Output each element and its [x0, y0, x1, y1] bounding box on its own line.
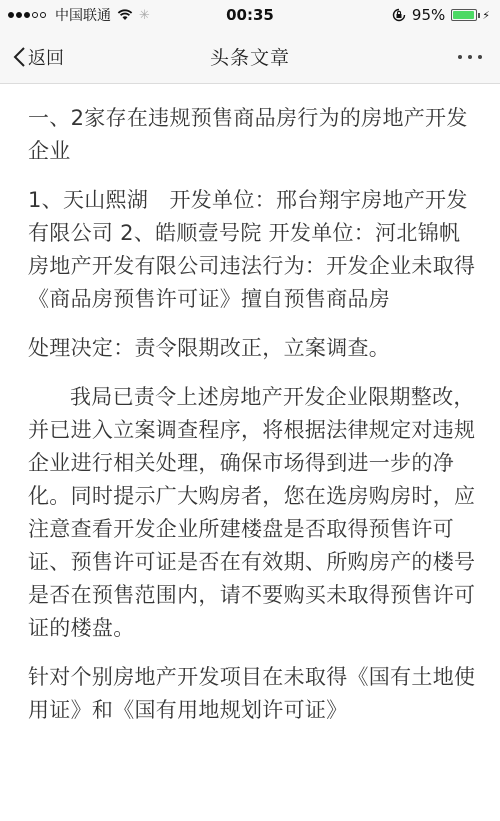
battery-percent: 95%: [412, 6, 445, 24]
signal-dot: [24, 12, 30, 18]
page-title: 头条文章: [210, 43, 290, 70]
battery-body: [451, 9, 477, 21]
back-label: 返回: [28, 44, 64, 70]
navigation-bar: 返回 头条文章: [0, 30, 500, 84]
activity-spinner-icon: ✳: [139, 8, 150, 23]
signal-dot: [40, 12, 46, 18]
article-body: 一、2家存在违规预售商品房行为的房地产开发企业 1、天山熙湖 开发单位：邢台翔宇…: [28, 102, 478, 743]
signal-dot: [8, 12, 14, 18]
violation-details: 1、天山熙湖 开发单位：邢台翔宇房地产开发有限公司 2、皓顺壹号院 开发单位：河…: [28, 184, 478, 316]
wifi-icon: [117, 9, 133, 21]
signal-strength-icon: [8, 12, 46, 18]
battery-icon: ⚡: [451, 9, 490, 22]
orientation-lock-icon: [392, 8, 406, 22]
status-right: 95% ⚡: [392, 6, 490, 24]
carrier-name: 中国联通: [55, 5, 111, 25]
followup-paragraph: 针对个别房地产开发项目在未取得《国有土地使用证》和《国有用地规划许可证》: [28, 661, 478, 727]
clock: 00:35: [226, 6, 274, 24]
decision-paragraph: 处理决定：责令限期改正，立案调查。: [28, 332, 478, 365]
more-icon: [478, 55, 482, 59]
back-button[interactable]: 返回: [12, 30, 64, 84]
more-button[interactable]: [458, 30, 482, 84]
notice-paragraph: 我局已责令上述房地产开发企业限期整改，并已进入立案调查程序，将根据法律规定对违规…: [28, 381, 478, 645]
charging-icon: ⚡: [482, 9, 490, 22]
signal-dot: [32, 12, 38, 18]
more-icon: [458, 55, 462, 59]
status-left: 中国联通 ✳: [8, 5, 150, 25]
more-icon: [468, 55, 472, 59]
signal-dot: [16, 12, 22, 18]
status-bar: 中国联通 ✳ 00:35 95% ⚡: [0, 0, 500, 30]
section-heading: 一、2家存在违规预售商品房行为的房地产开发企业: [28, 102, 478, 168]
chevron-left-icon: [12, 46, 26, 68]
battery-fill: [453, 11, 474, 19]
battery-tip: [478, 13, 480, 18]
